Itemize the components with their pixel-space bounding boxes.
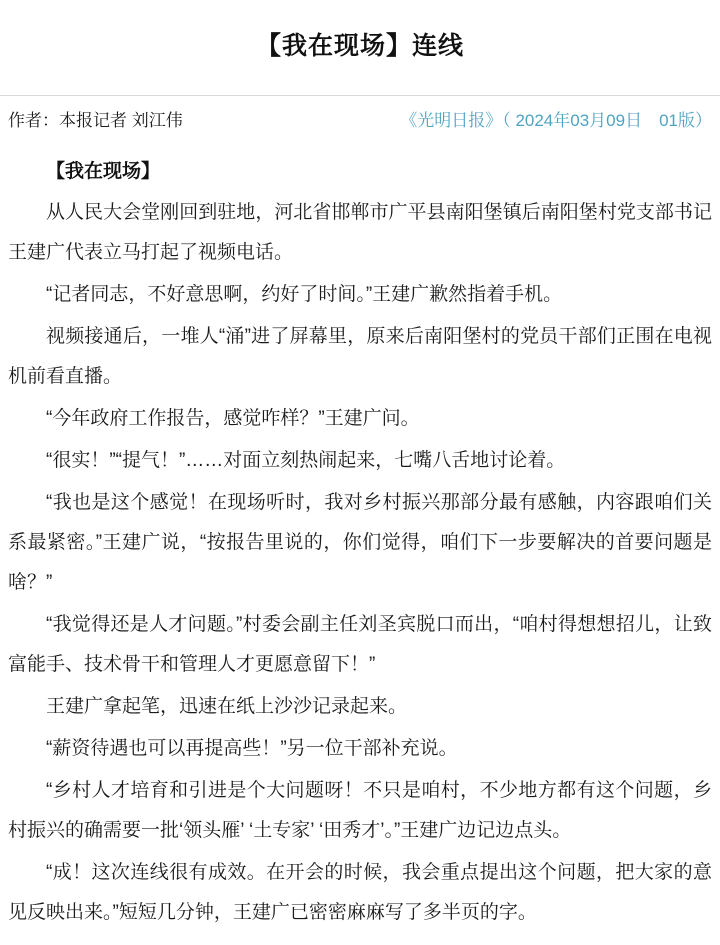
article-page: 【我在现场】连线 作者：本报记者 刘江伟 《光明日报》（ 2024年03月09日…	[0, 0, 720, 945]
title-divider	[0, 95, 720, 96]
article-paragraph: “成！这次连线很有成效。在开会的时候，我会重点提出这个问题，把大家的意见反映出来…	[8, 853, 712, 933]
article-subhead: 【我在现场】	[8, 156, 712, 183]
article-paragraph: “我觉得还是人才问题。”村委会副主任刘圣宾脱口而出，“咱村得想想招儿，让致富能手…	[8, 605, 712, 685]
article-paragraph: 王建广拿起笔，迅速在纸上沙沙记录起来。	[8, 687, 712, 727]
page-title: 【我在现场】连线	[0, 0, 720, 62]
article-paragraph: “今年政府工作报告，感觉咋样？”王建广问。	[8, 399, 712, 439]
byline: 作者：本报记者 刘江伟 《光明日报》（ 2024年03月09日 01版）	[0, 109, 720, 133]
article-body: 【我在现场】 从人民大会堂刚回到驻地，河北省邯郸市广平县南阳堡镇后南阳堡村党支部…	[0, 156, 720, 945]
article-paragraph: “记者同志，不好意思啊，约好了时间。”王建广歉然指着手机。	[8, 275, 712, 315]
article-paragraph: “很实！”“提气！”……对面立刻热闹起来，七嘴八舌地讨论着。	[8, 441, 712, 481]
article-paragraph: “我也是这个感觉！在现场听时，我对乡村振兴那部分最有感触，内容跟咱们关系最紧密。…	[8, 483, 712, 603]
byline-source-link[interactable]: 《光明日报》（ 2024年03月09日 01版）	[400, 109, 712, 133]
article-paragraph: 视频接通后，一堆人“涌”进了屏幕里，原来后南阳堡村的党员干部们正围在电视机前看直…	[8, 317, 712, 397]
article-paragraph: “薪资待遇也可以再提高些！”另一位干部补充说。	[8, 729, 712, 769]
byline-author: 作者：本报记者 刘江伟	[8, 109, 183, 133]
article-paragraphs: 从人民大会堂刚回到驻地，河北省邯郸市广平县南阳堡镇后南阳堡村党支部书记王建广代表…	[8, 193, 712, 933]
article-paragraph: “乡村人才培育和引进是个大问题呀！不只是咱村，不少地方都有这个问题，乡村振兴的确…	[8, 771, 712, 851]
article-paragraph: 从人民大会堂刚回到驻地，河北省邯郸市广平县南阳堡镇后南阳堡村党支部书记王建广代表…	[8, 193, 712, 273]
